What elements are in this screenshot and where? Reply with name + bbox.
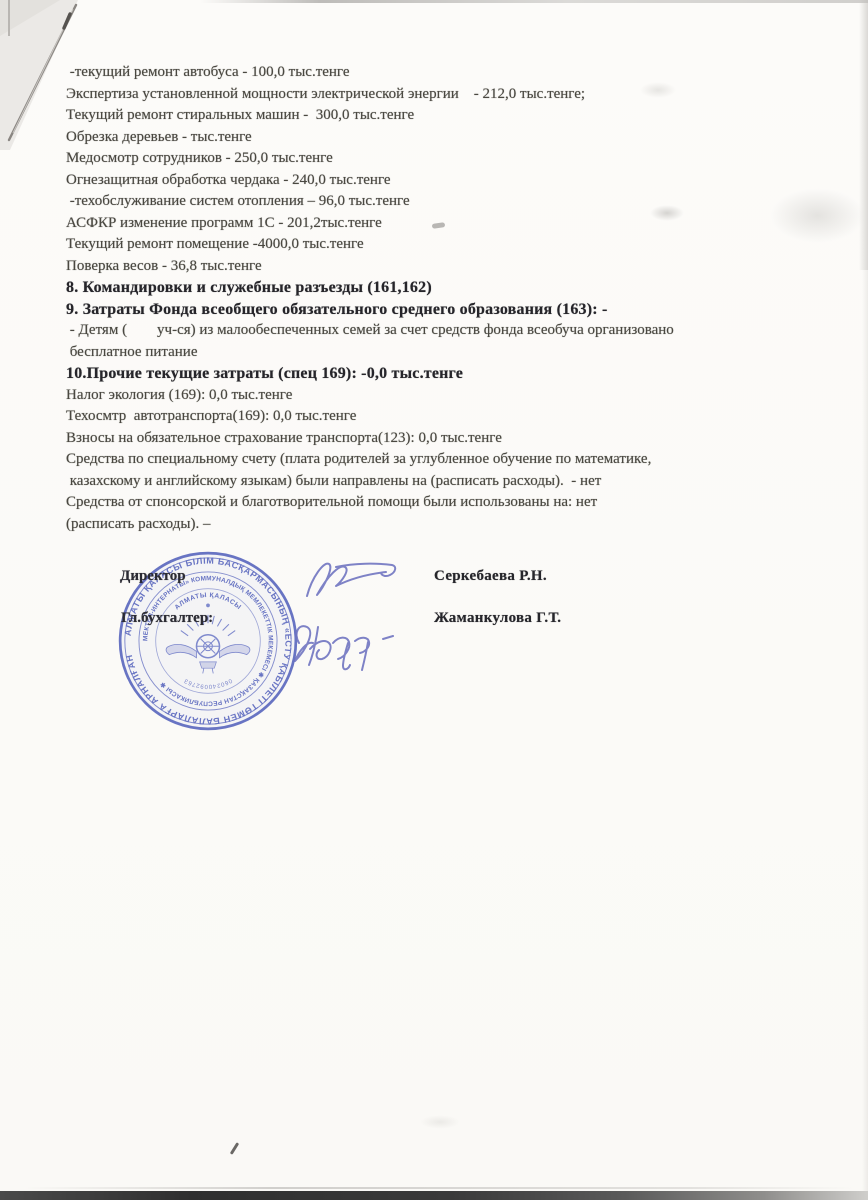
scan-bottom-faint-line: [24, 1187, 854, 1189]
report-text-line: Текущий ремонт помещение -4000,0 тыс.тен…: [66, 234, 856, 256]
chief-accountant-label: Гл.бухгалтер:: [121, 610, 213, 627]
report-body-text: -текущий ремонт автобуса - 100,0 тыс.тен…: [66, 62, 856, 535]
accountant-name: Жаманкулова Г.Т.: [434, 610, 561, 627]
report-text-line: Средства от спонсорской и благотворитель…: [66, 492, 856, 514]
report-text-line: Техосмтр автотранспорта(169): 0,0 тыс.те…: [66, 406, 856, 428]
report-text-line: Огнезащитная обработка чердака - 240,0 т…: [66, 170, 856, 192]
report-text-line: Поверка весов - 36,8 тыс.тенге: [66, 256, 856, 278]
director-label: Директор: [120, 568, 186, 585]
scanned-report-page: -текущий ремонт автобуса - 100,0 тыс.тен…: [0, 0, 868, 1200]
report-text-line: -техобслуживание систем отопления – 96,0…: [66, 191, 856, 213]
scan-right-edge-shadow-lower: [862, 270, 868, 1200]
scan-bottom-edge-bar: [0, 1191, 868, 1200]
report-text-line: Экспертиза установленной мощности электр…: [66, 84, 856, 106]
report-text-line: казахскому и английскому языкам) были на…: [66, 471, 856, 493]
director-name: Серкебаева Р.Н.: [434, 568, 547, 585]
report-text-line: 8. Командировки и служебные разъезды (16…: [66, 277, 856, 299]
report-text-line: бесплатное питание: [66, 342, 856, 364]
report-text-line: Медосмотр сотрудников - 250,0 тыс.тенге: [66, 148, 856, 170]
report-text-line: (расписать расходы). –: [66, 514, 856, 536]
report-text-line: Взносы на обязательное страхование транс…: [66, 428, 856, 450]
report-text-line: - Детям ( уч-ся) из малообеспеченных сем…: [66, 320, 856, 342]
report-text-line: 10.Прочие текущие затраты (спец 169): -0…: [66, 363, 856, 385]
director-signature: [300, 555, 405, 605]
scan-top-edge-line: [200, 0, 868, 3]
scan-right-edge-shadow: [859, 0, 868, 270]
report-text-line: Текущий ремонт стиральных машин - 300,0 …: [66, 105, 856, 127]
report-text-line: Средства по специальному счету (плата ро…: [66, 449, 856, 471]
report-text-line: Налог экология (169): 0,0 тыс.тенге: [66, 385, 856, 407]
report-text-line: -текущий ремонт автобуса - 100,0 тыс.тен…: [66, 62, 856, 84]
pen-mark: [230, 1142, 239, 1155]
report-text-line: Обрезка деревьев - тыс.тенге: [66, 127, 856, 149]
scan-smudge: [420, 1115, 460, 1129]
report-text-line: 9. Затраты Фонда всеобщего обязательного…: [66, 299, 856, 321]
report-text-line: АСФКР изменение программ 1С - 201,2тыс.т…: [66, 213, 856, 235]
accountant-signature: [287, 613, 409, 673]
